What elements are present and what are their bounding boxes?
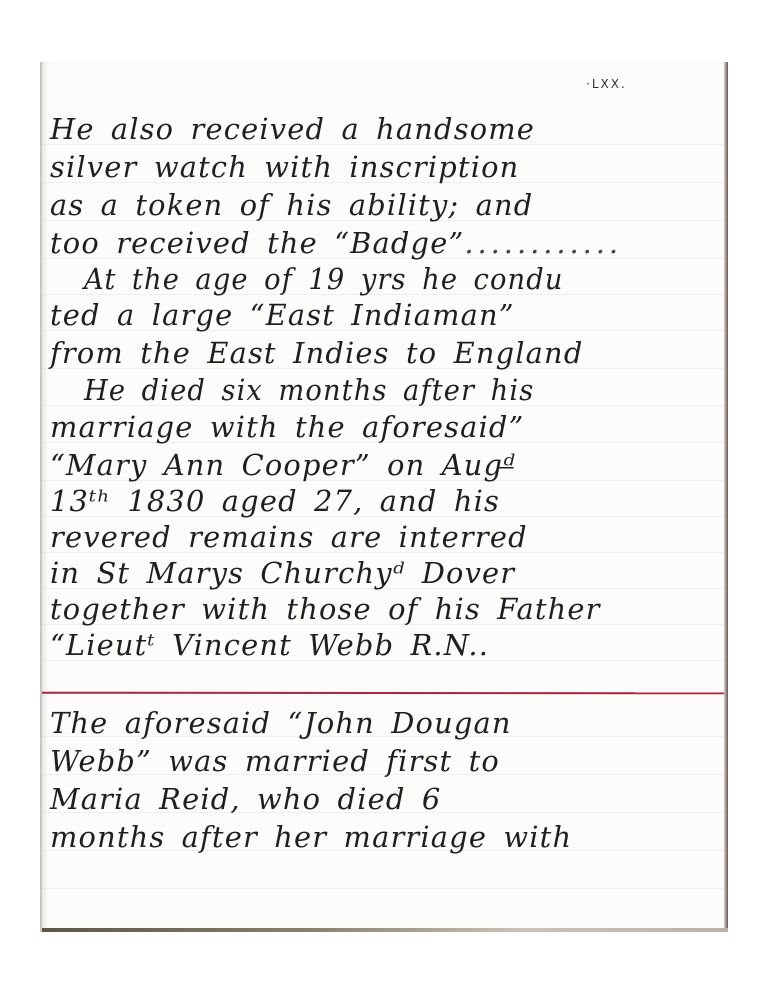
handwritten-line: At the age of 19 yrs he condu [84,260,724,298]
handwritten-line: ted a large “East Indiaman” [50,296,726,334]
red-divider-rule [42,692,726,695]
scanned-page: ·LXX. He also received a handsome silver… [0,0,768,994]
page-number: ·LXX. [586,77,627,91]
handwritten-line: together with those of his Father [50,590,726,628]
handwritten-line-badge: too received the “Badge”............ [50,224,726,262]
handwritten-line: in St Marys Churchyᵈ Dover [50,554,726,592]
handwritten-line: He also received a handsome [50,110,726,148]
handwritten-line: from the East Indies to England [50,334,726,372]
handwritten-line: silver watch with inscription [50,148,726,186]
handwritten-line: He died six months after his [84,371,724,409]
handwritten-line: “Mary Ann Cooper” on Augᵈ̶ [50,446,726,484]
handwritten-line: Webb” was married first to [50,742,726,780]
handwritten-line: marriage with the aforesaid” [50,408,726,446]
page-bottom-edge [42,928,728,932]
page-binding-edge [724,62,728,932]
ledger-page: ·LXX. He also received a handsome silver… [40,62,728,932]
handwritten-line: as a token of his ability; and [50,186,726,224]
handwritten-line: months after her marriage with [50,818,726,856]
handwritten-line: The aforesaid “John Dougan [50,704,726,742]
handwritten-line: 13ᵗʰ 1830 aged 27, and his [50,482,726,520]
handwritten-text: too received the “Badge” [50,226,464,260]
handwritten-line: revered remains are interred [50,518,726,556]
handwritten-line: “Lieutᵗ Vincent Webb R.N.. [50,626,726,664]
handwritten-line: Maria Reid, who died 6 [50,780,726,818]
ruled-line [42,888,726,889]
trailing-dots: ............ [464,226,622,260]
